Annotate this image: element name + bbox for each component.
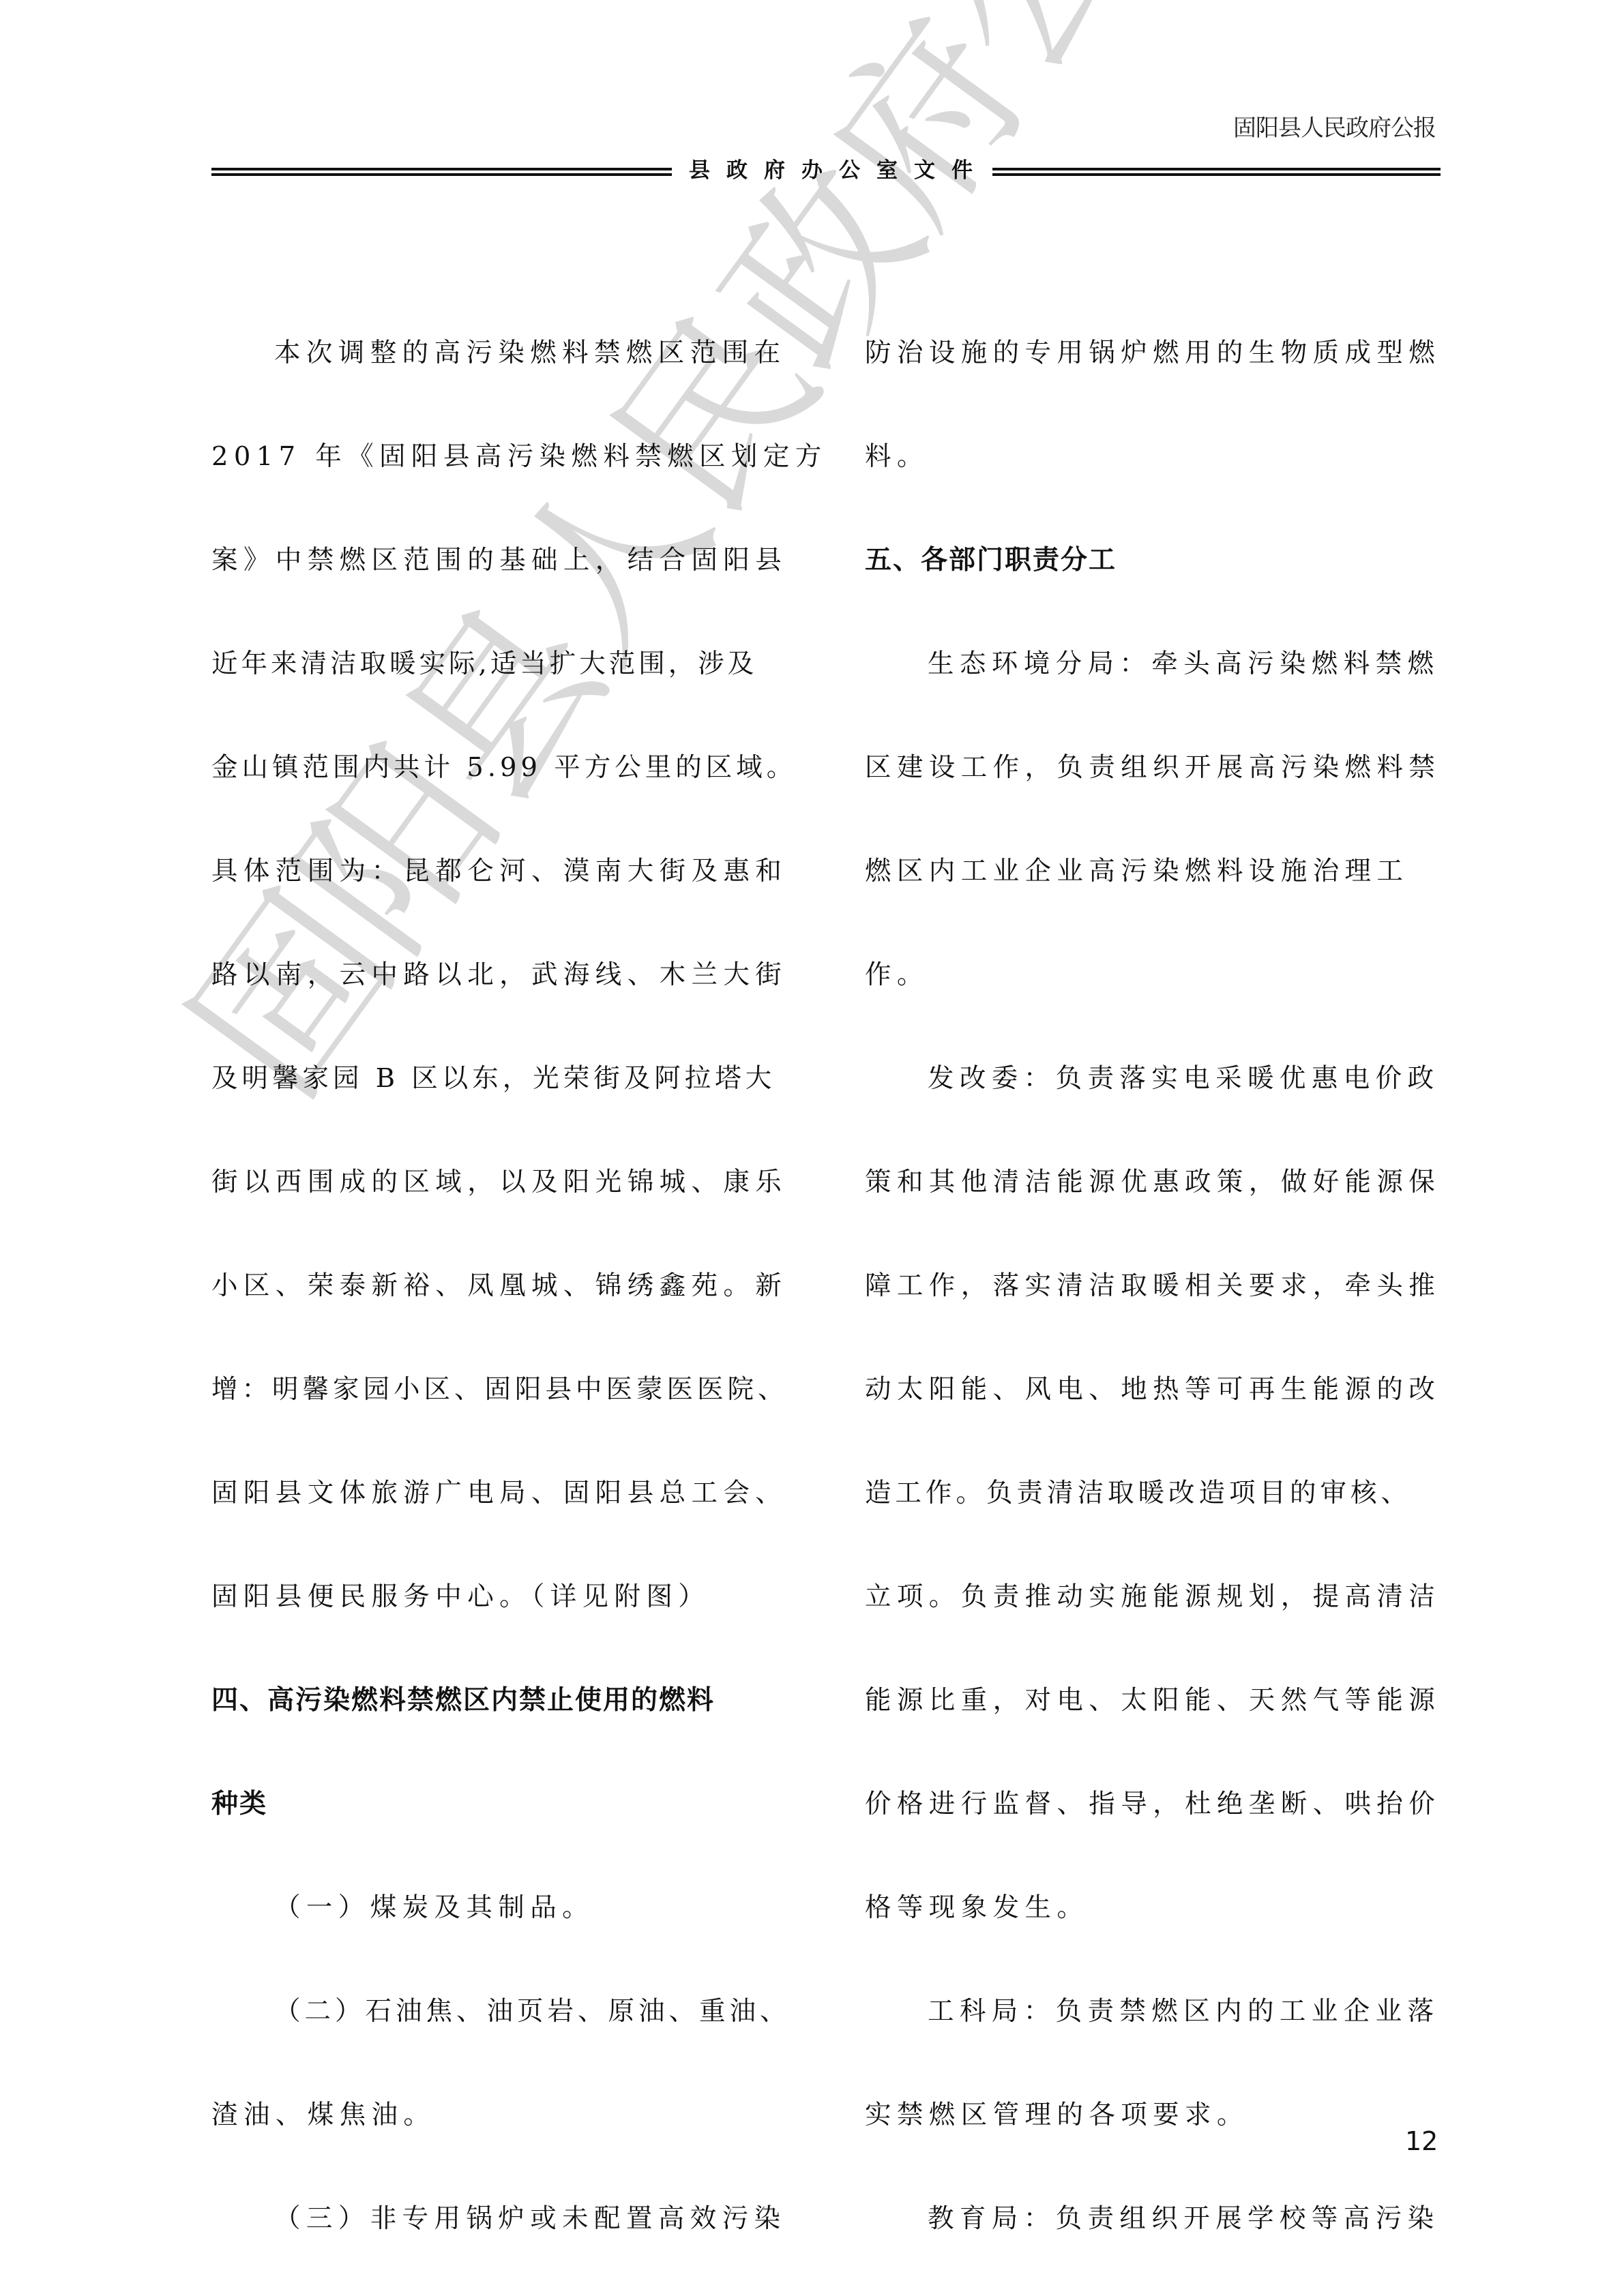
- paragraph-line: 工科局：负责禁燃区内的工业企业落: [865, 1984, 1465, 2088]
- list-item: 渣油、煤焦油。: [211, 2088, 812, 2192]
- paragraph-line: 区建设工作，负责组织开展高污染燃料禁: [865, 741, 1465, 844]
- publication-title: 固阳县人民政府公报: [1233, 115, 1436, 142]
- left-column: 本次调整的高污染燃料禁燃区范围在 2017 年《固阳县高污染燃料禁燃区划定方 案…: [211, 326, 812, 2295]
- section-heading: 五、各部门职责分工: [865, 533, 1465, 637]
- paragraph-line: 实禁燃区管理的各项要求。: [865, 2088, 1465, 2192]
- rule-line: [992, 173, 1441, 176]
- section-label: 县政府办公室文件: [689, 155, 989, 185]
- paragraph-line: 教育局：负责组织开展学校等高污染: [865, 2192, 1465, 2295]
- paragraph-line: 路以南，云中路以北，武海线、木兰大街: [211, 948, 812, 1052]
- paragraph-line: 格等现象发生。: [865, 1881, 1465, 1984]
- paragraph-line: 防治设施的专用锅炉燃用的生物质成型燃: [865, 326, 1465, 430]
- right-column: 防治设施的专用锅炉燃用的生物质成型燃 料。 五、各部门职责分工 生态环境分局：牵…: [865, 326, 1465, 2295]
- paragraph-line: 能源比重，对电、太阳能、天然气等能源: [865, 1673, 1465, 1777]
- list-item: （二）石油焦、油页岩、原油、重油、: [211, 1984, 812, 2088]
- section-heading: 种类: [211, 1777, 812, 1881]
- list-item: （一）煤炭及其制品。: [211, 1881, 812, 1984]
- paragraph-line: 及明馨家园 B 区以东，光荣街及阿拉塔大: [211, 1052, 812, 1155]
- rule-line: [211, 173, 672, 176]
- paragraph-line: 街以西围成的区域，以及阳光锦城、康乐: [211, 1155, 812, 1259]
- paragraph-line: 本次调整的高污染燃料禁燃区范围在: [211, 326, 812, 430]
- paragraph-line: 增：明馨家园小区、固阳县中医蒙医医院、: [211, 1362, 812, 1466]
- paragraph-line: 生态环境分局：牵头高污染燃料禁燃: [865, 637, 1465, 741]
- paragraph-line: 2017 年《固阳县高污染燃料禁燃区划定方: [211, 430, 812, 533]
- paragraph-line: 策和其他清洁能源优惠政策，做好能源保: [865, 1155, 1465, 1259]
- section-heading: 四、高污染燃料禁燃区内禁止使用的燃料: [211, 1673, 812, 1777]
- header-rule-right: [992, 166, 1441, 177]
- paragraph-line: 固阳县便民服务中心。（详见附图）: [211, 1570, 812, 1673]
- document-page: 固阳县人民政府公报 固阳县人民政府公报 县政府办公室文件 本次调整的高污染燃料禁…: [0, 0, 1624, 2296]
- paragraph-line: 燃区内工业企业高污染燃料设施治理工: [865, 844, 1465, 948]
- header-rule-left: [211, 166, 672, 177]
- paragraph-line: 小区、荣泰新裕、凤凰城、锦绣鑫苑。新: [211, 1259, 812, 1362]
- paragraph-line: 动太阳能、风电、地热等可再生能源的改: [865, 1362, 1465, 1466]
- paragraph-line: 近年来清洁取暖实际,适当扩大范围，涉及: [211, 637, 812, 741]
- rule-line: [211, 168, 672, 170]
- paragraph-line: 固阳县文体旅游广电局、固阳县总工会、: [211, 1466, 812, 1570]
- list-item: （三）非专用锅炉或未配置高效污染: [211, 2192, 812, 2295]
- paragraph-line: 料。: [865, 430, 1465, 533]
- paragraph-line: 立项。负责推动实施能源规划，提高清洁: [865, 1570, 1465, 1673]
- paragraph-line: 具体范围为：昆都仑河、漠南大街及惠和: [211, 844, 812, 948]
- rule-line: [992, 168, 1441, 170]
- paragraph-line: 价格进行监督、指导，杜绝垄断、哄抬价: [865, 1777, 1465, 1881]
- paragraph-line: 作。: [865, 948, 1465, 1052]
- paragraph-line: 案》中禁燃区范围的基础上，结合固阳县: [211, 533, 812, 637]
- paragraph-line: 障工作，落实清洁取暖相关要求，牵头推: [865, 1259, 1465, 1362]
- paragraph-line: 金山镇范围内共计 5.99 平方公里的区域。: [211, 741, 812, 844]
- paragraph-line: 发改委：负责落实电采暖优惠电价政: [865, 1052, 1465, 1155]
- paragraph-line: 造工作。负责清洁取暖改造项目的审核、: [865, 1466, 1465, 1570]
